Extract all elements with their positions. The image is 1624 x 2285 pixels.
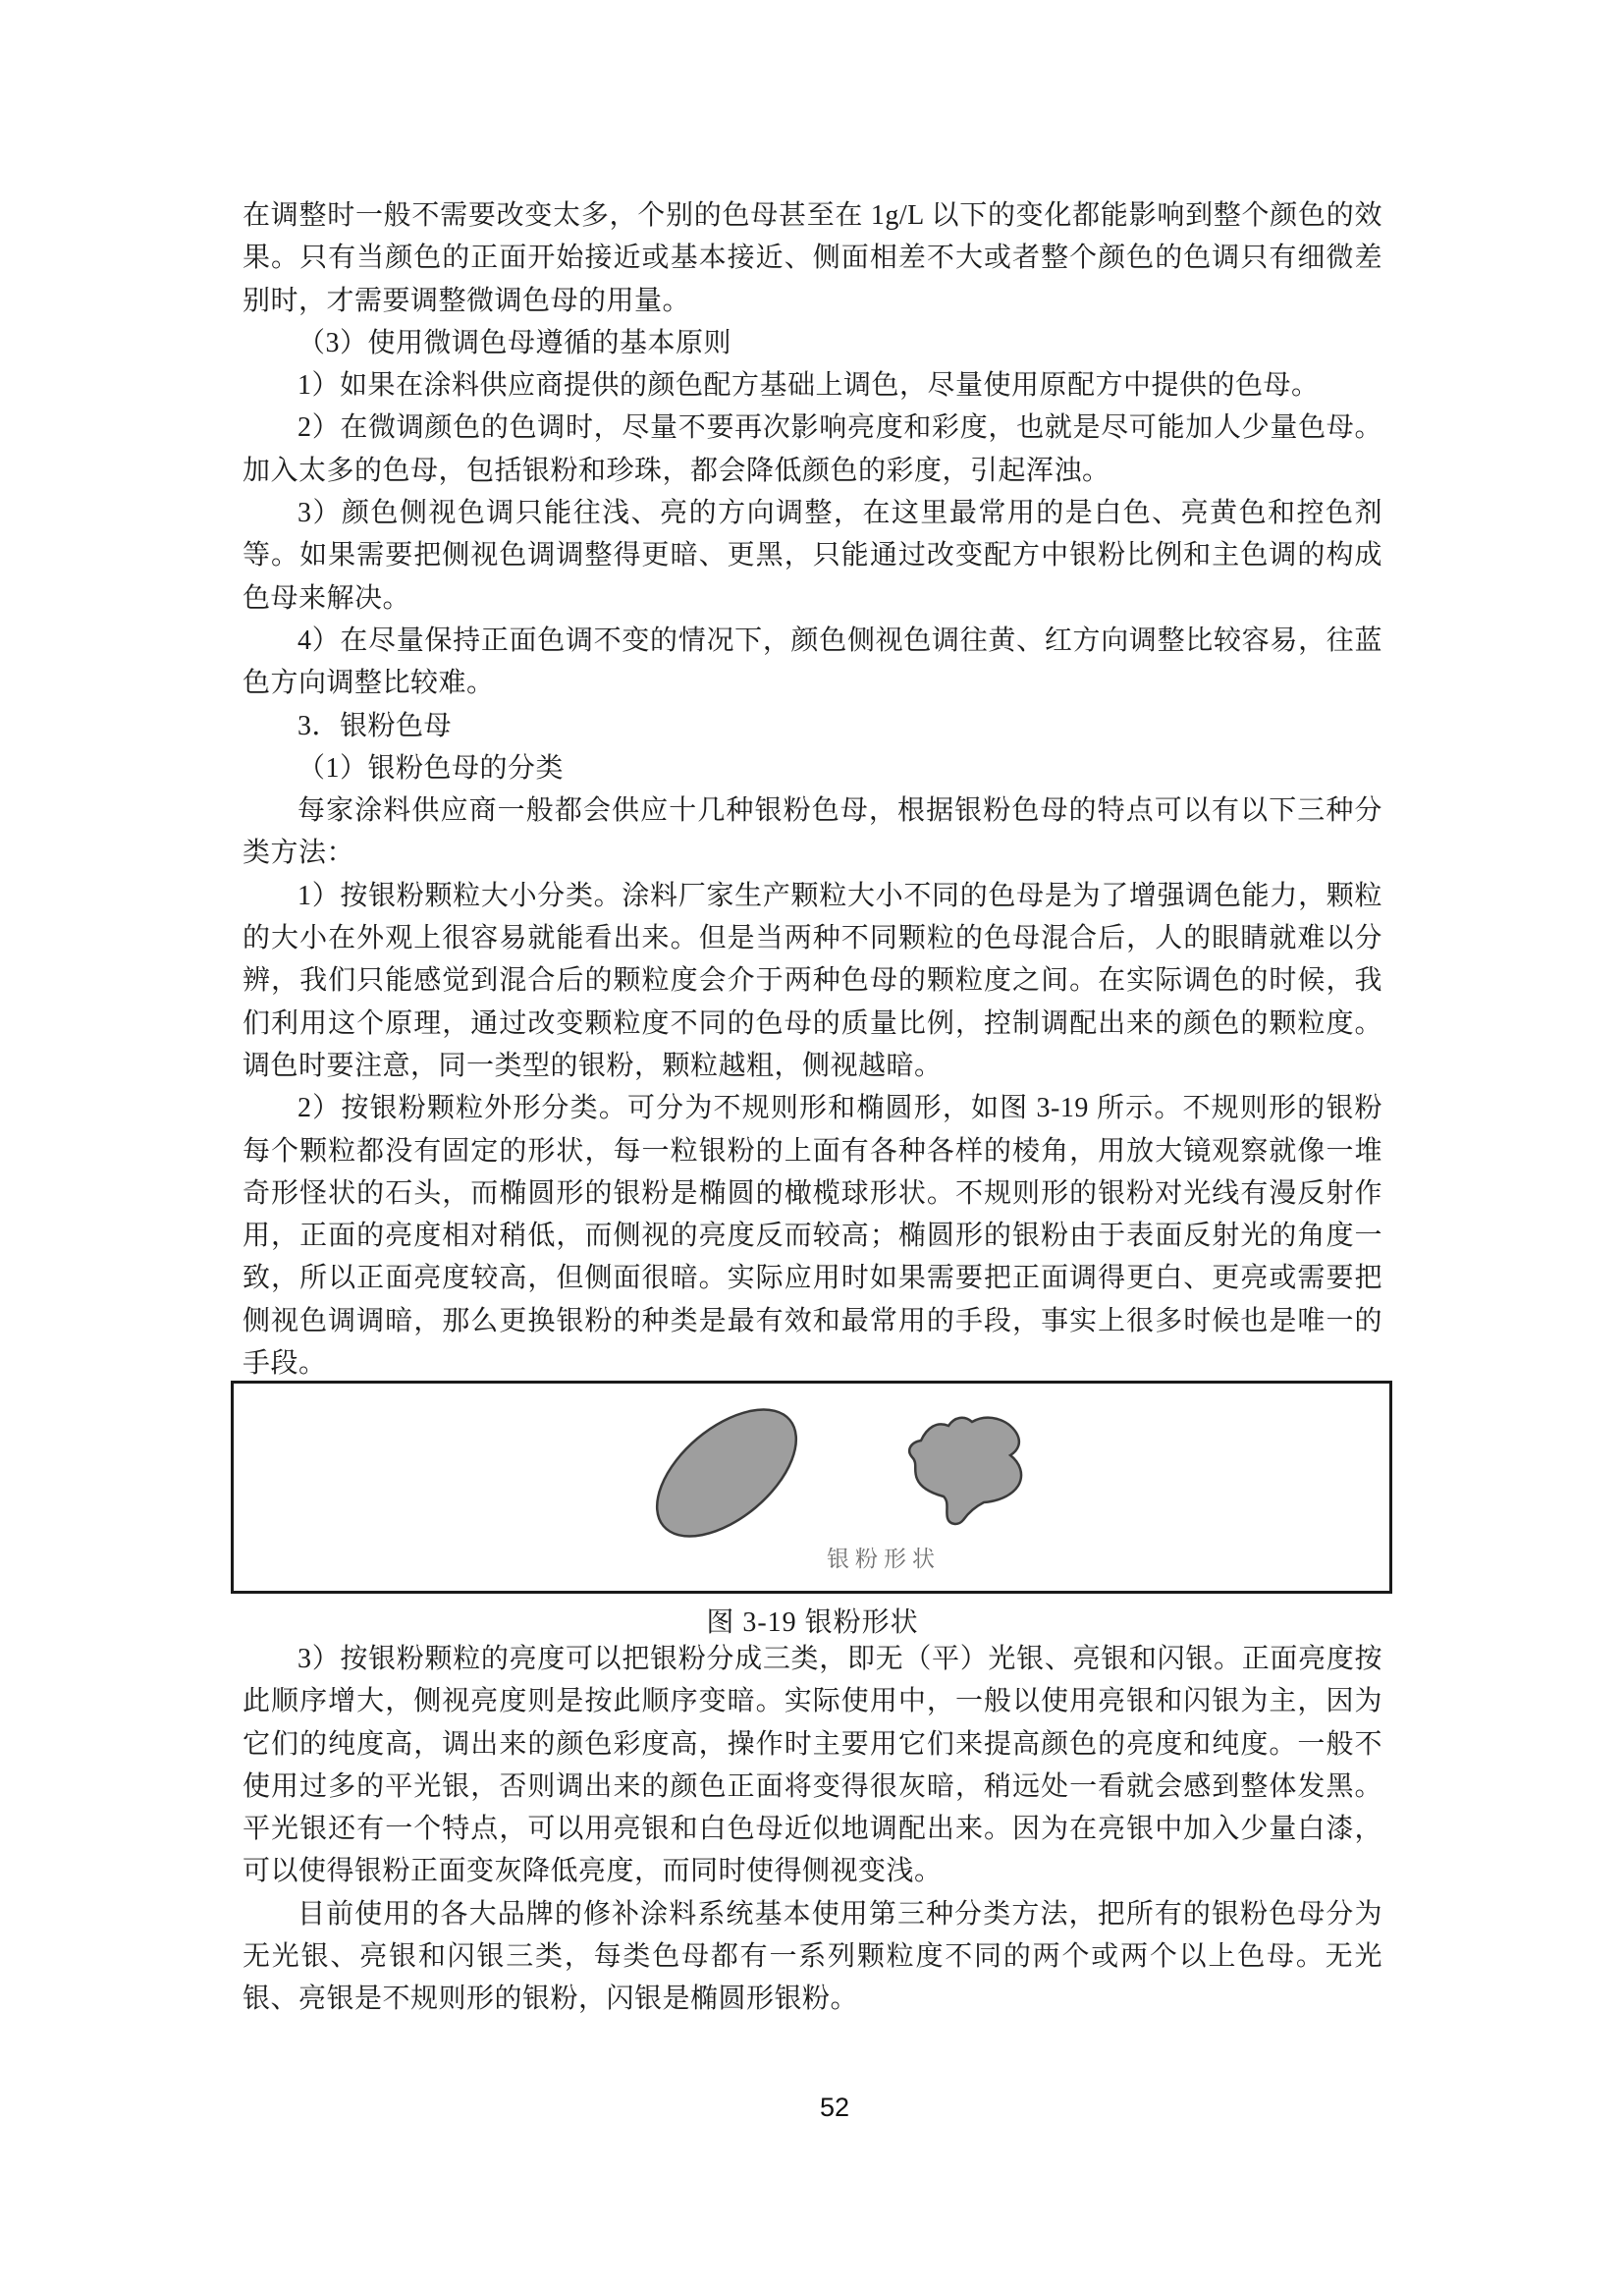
body-paragraph: 每家涂料供应商一般都会供应十几种银粉色母，根据银粉色母的特点可以有以下三种分类方… xyxy=(243,789,1382,875)
figure-box: 银粉形状 xyxy=(231,1381,1392,1594)
body-paragraph: 目前使用的各大品牌的修补涂料系统基本使用第三种分类方法，把所有的银粉色母分为无光… xyxy=(243,1893,1382,2021)
figure-canvas xyxy=(234,1384,1389,1591)
page-number: 52 xyxy=(756,2093,913,2123)
body-paragraph: 在调整时一般不需要改变太多，个别的色母甚至在 1g/L 以下的变化都能影响到整个… xyxy=(243,194,1382,322)
subsection-heading: （1）银粉色母的分类 xyxy=(243,747,1382,789)
body-paragraph: 4）在尽量保持正面色调不变的情况下，颜色侧视色调往黄、红方向调整比较容易，往蓝色… xyxy=(243,620,1382,705)
section-heading: 3．银粉色母 xyxy=(243,705,1382,747)
figure-inner-label: 银粉形状 xyxy=(827,1541,941,1573)
body-text-upper: 在调整时一般不需要改变太多，个别的色母甚至在 1g/L 以下的变化都能影响到整个… xyxy=(243,194,1382,1385)
body-paragraph: 3）按银粉颗粒的亮度可以把银粉分成三类，即无（平）光银、亮银和闪银。正面亮度按此… xyxy=(243,1638,1382,1893)
body-paragraph: 3）颜色侧视色调只能往浅、亮的方向调整，在这里最常用的是白色、亮黄色和控色剂等。… xyxy=(243,492,1382,620)
ellipse-particle-shape xyxy=(634,1386,819,1560)
body-paragraph: 2）按银粉颗粒外形分类。可分为不规则形和椭圆形，如图 3-19 所示。不规则形的… xyxy=(243,1087,1382,1385)
body-paragraph: 2）在微调颜色的色调时，尽量不要再次影响亮度和彩度，也就是尽可能加人少量色母。加… xyxy=(243,407,1382,492)
body-paragraph: （3）使用微调色母遵循的基本原则 xyxy=(243,322,1382,364)
body-text-lower: 3）按银粉颗粒的亮度可以把银粉分成三类，即无（平）光银、亮银和闪银。正面亮度按此… xyxy=(243,1638,1382,2021)
figure-caption: 图 3-19 银粉形状 xyxy=(243,1601,1382,1640)
document-page: 在调整时一般不需要改变太多，个别的色母甚至在 1g/L 以下的变化都能影响到整个… xyxy=(0,0,1624,2285)
body-paragraph: 1）如果在涂料供应商提供的颜色配方基础上调色，尽量使用原配方中提供的色母。 xyxy=(243,364,1382,407)
body-paragraph: 1）按银粉颗粒大小分类。涂料厂家生产颗粒大小不同的色母是为了增强调色能力，颗粒的… xyxy=(243,875,1382,1087)
